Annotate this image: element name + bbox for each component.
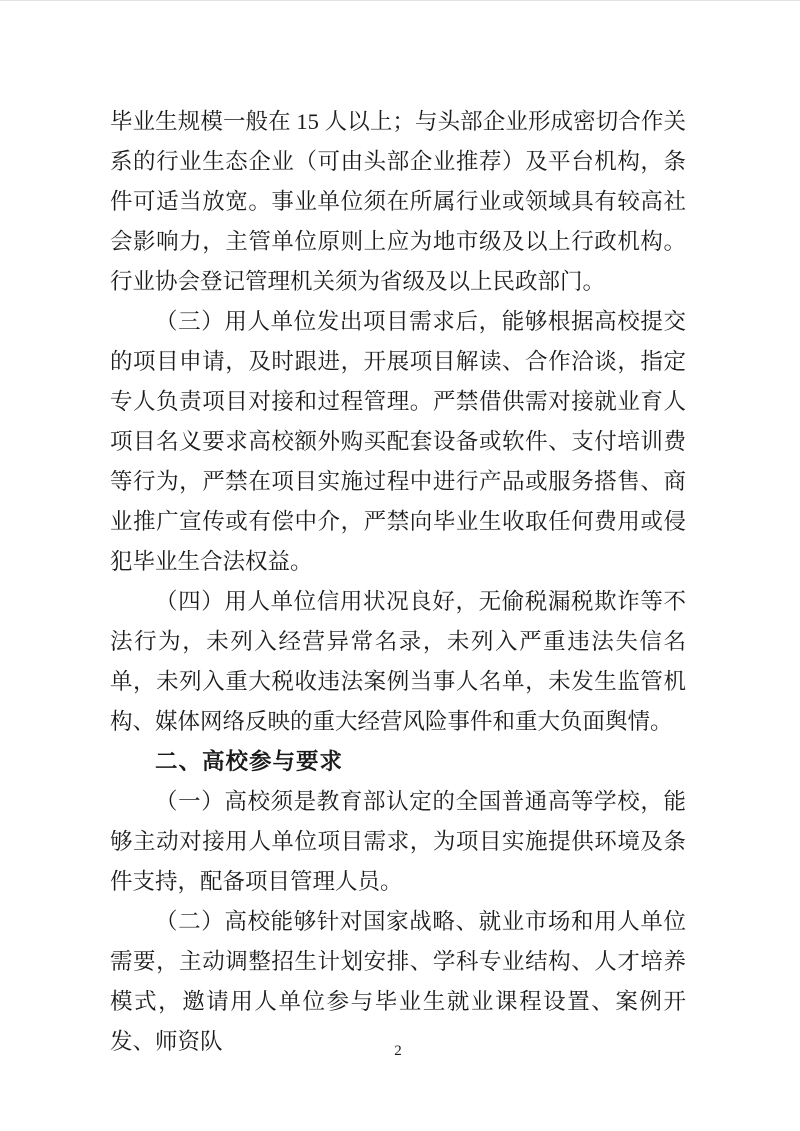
- document-body: 毕业生规模一般在 15 人以上；与头部企业形成密切合作关系的行业生态企业（可由头…: [110, 102, 686, 1062]
- document-page: 毕业生规模一般在 15 人以上；与头部企业形成密切合作关系的行业生态企业（可由头…: [0, 0, 800, 1131]
- section-heading: 二、高校参与要求: [110, 742, 686, 782]
- paragraph-continuation: 毕业生规模一般在 15 人以上；与头部企业形成密切合作关系的行业生态企业（可由头…: [110, 102, 686, 302]
- paragraph-item-2: （二）高校能够针对国家战略、就业市场和用人单位需要，主动调整招生计划安排、学科专…: [110, 902, 686, 1062]
- paragraph-item-3: （三）用人单位发出项目需求后，能够根据高校提交的项目申请，及时跟进，开展项目解读…: [110, 302, 686, 582]
- paragraph-item-4: （四）用人单位信用状况良好，无偷税漏税欺诈等不法行为，未列入经营异常名录，未列入…: [110, 582, 686, 742]
- page-number: 2: [110, 1043, 686, 1060]
- paragraph-item-1: （一）高校须是教育部认定的全国普通高等学校，能够主动对接用人单位项目需求，为项目…: [110, 782, 686, 902]
